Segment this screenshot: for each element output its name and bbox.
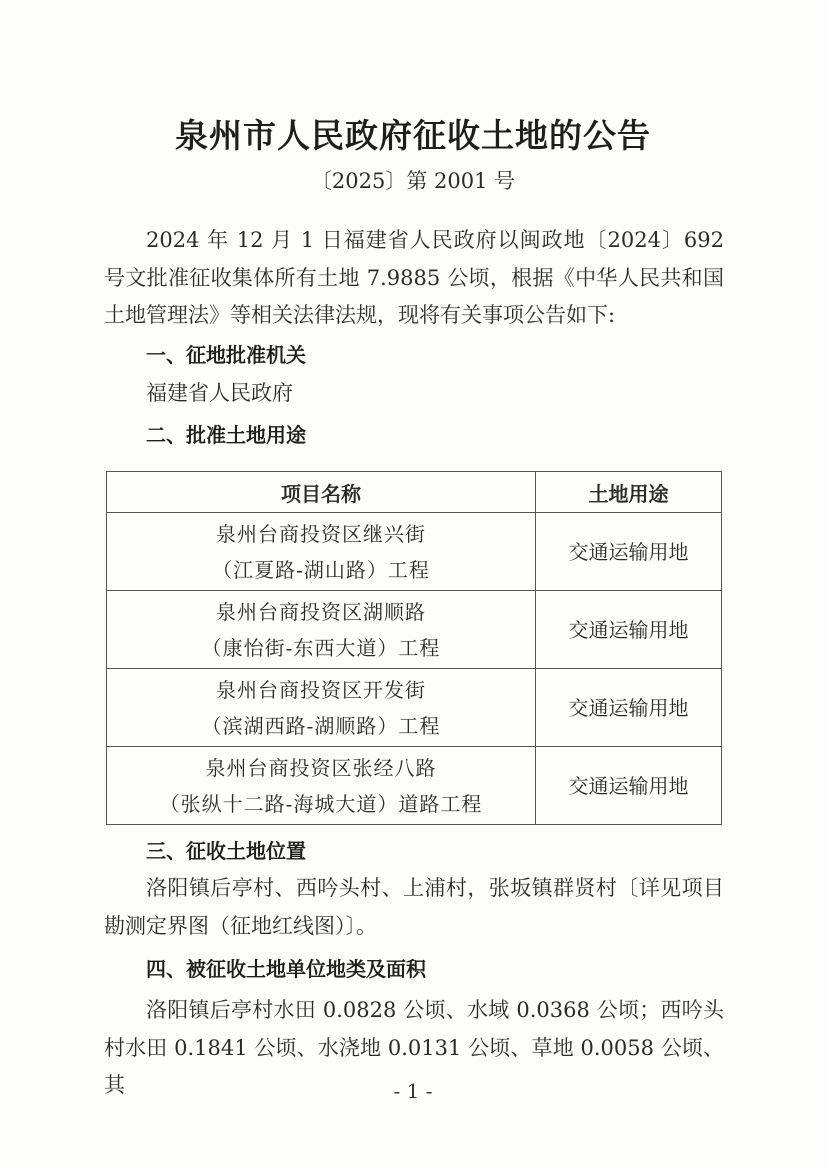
page-number: - 1 - xyxy=(0,1077,826,1105)
land-use-cell: 交通运输用地 xyxy=(536,747,722,825)
table-header-row: 项目名称 土地用途 xyxy=(107,472,722,513)
land-use-cell: 交通运输用地 xyxy=(536,513,722,591)
section-heading-location: 三、征收土地位置 xyxy=(146,836,306,866)
project-name-line2: （江夏路-湖山路）工程 xyxy=(107,552,535,588)
section-heading-land-class-area: 四、被征收土地单位地类及面积 xyxy=(146,954,426,984)
land-use-table: 项目名称 土地用途 泉州台商投资区继兴街 （江夏路-湖山路）工程 交通运输用地 … xyxy=(106,471,722,825)
project-name-cell: 泉州台商投资区开发街 （滨湖西路-湖顺路）工程 xyxy=(107,669,536,747)
land-use-cell: 交通运输用地 xyxy=(536,591,722,669)
table-row: 泉州台商投资区张经八路 （张纵十二路-海城大道）道路工程 交通运输用地 xyxy=(107,747,722,825)
section-heading-approval-authority: 一、征地批准机关 xyxy=(146,340,306,370)
project-name-line2: （滨湖西路-湖顺路）工程 xyxy=(107,708,535,744)
section-body-location: 洛阳镇后亭村、西吟头村、上浦村，张坂镇群贤村〔详见项目勘测定界图（征地红线图）〕… xyxy=(104,870,724,945)
document-title: 泉州市人民政府征收土地的公告 xyxy=(0,114,826,158)
section-heading-land-use: 二、批准土地用途 xyxy=(146,420,306,450)
project-name-cell: 泉州台商投资区张经八路 （张纵十二路-海城大道）道路工程 xyxy=(107,747,536,825)
table-row: 泉州台商投资区湖顺路 （康怡街-东西大道）工程 交通运输用地 xyxy=(107,591,722,669)
project-name-line2: （康怡街-东西大道）工程 xyxy=(107,630,535,666)
project-name-line1: 泉州台商投资区开发街 xyxy=(107,672,535,708)
project-name-line1: 泉州台商投资区张经八路 xyxy=(107,750,535,786)
table-row: 泉州台商投资区继兴街 （江夏路-湖山路）工程 交通运输用地 xyxy=(107,513,722,591)
project-name-cell: 泉州台商投资区继兴街 （江夏路-湖山路）工程 xyxy=(107,513,536,591)
intro-paragraph: 2024 年 12 月 1 日福建省人民政府以闽政地〔2024〕692 号文批准… xyxy=(104,222,724,335)
project-name-line2: （张纵十二路-海城大道）道路工程 xyxy=(107,786,535,822)
document-number: 〔2025〕第 2001 号 xyxy=(0,166,826,196)
column-header-land-use: 土地用途 xyxy=(536,472,722,513)
document-page: 泉州市人民政府征收土地的公告 〔2025〕第 2001 号 2024 年 12 … xyxy=(0,0,826,1169)
land-use-cell: 交通运输用地 xyxy=(536,669,722,747)
project-name-line1: 泉州台商投资区继兴街 xyxy=(107,516,535,552)
project-name-line1: 泉州台商投资区湖顺路 xyxy=(107,594,535,630)
column-header-project-name: 项目名称 xyxy=(107,472,536,513)
section-body-approval-authority: 福建省人民政府 xyxy=(146,378,293,408)
project-name-cell: 泉州台商投资区湖顺路 （康怡街-东西大道）工程 xyxy=(107,591,536,669)
table-row: 泉州台商投资区开发街 （滨湖西路-湖顺路）工程 交通运输用地 xyxy=(107,669,722,747)
